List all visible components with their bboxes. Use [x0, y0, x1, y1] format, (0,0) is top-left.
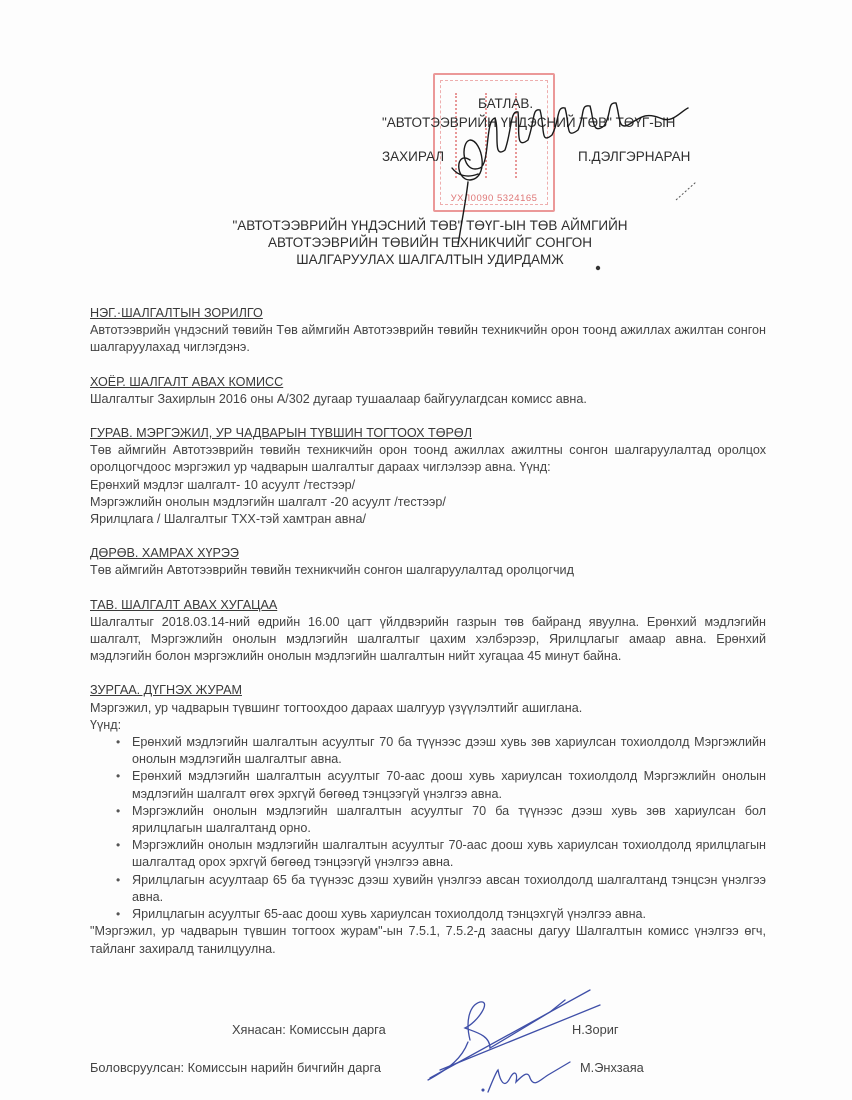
section-scope: ДӨРӨВ. ХАМРАХ ХҮРЭЭ Төв аймгийн Автотээв… — [90, 545, 766, 579]
section-exam-types: ГУРАВ. МЭРГЭЖИЛ, УР ЧАДВАРЫН ТҮВШИН ТОГТ… — [90, 425, 766, 528]
approval-heading: БАТЛАВ. — [478, 96, 533, 111]
evaluation-intro: Мэргэжил, ур чадварын түвшинг тогтоохдоо… — [90, 700, 766, 717]
reviewed-by-label: Хянасан: Комиссын дарга — [232, 1022, 386, 1037]
criteria-item: Ерөнхий мэдлэгийн шалгалтын асуултыг 70 … — [90, 734, 766, 768]
section-paragraph: Автотээврийн үндэсний төвийн Төв аймгийн… — [90, 322, 766, 356]
evaluation-intro-label: Үүнд: — [90, 717, 766, 734]
approval-role: ЗАХИРАЛ — [382, 149, 444, 164]
evaluation-closing: "Мэргэжил, ур чадварын түвшин тогтоох жу… — [90, 923, 766, 957]
criteria-item: Ярилцлагын асуултыг 65-аас доош хувь хар… — [90, 906, 766, 923]
evaluation-criteria-list: Ерөнхий мэдлэгийн шалгалтын асуултыг 70 … — [90, 734, 766, 923]
criteria-item: Мэргэжлийн онолын мэдлэгийн шалгалтын ас… — [90, 837, 766, 871]
section-paragraph: Төв аймгийн Автотээврийн төвийн техникчи… — [90, 442, 766, 476]
section-heading: НЭГ.·ШАЛГАЛТЫН ЗОРИЛГО — [90, 305, 263, 322]
approval-organization: "АВТОТЭЭВРИЙН ҮНДЭСНИЙ ТӨВ" ТӨҮГ-ЫН — [382, 115, 675, 130]
approval-name: П.ДЭЛГЭРНАРАН — [578, 149, 690, 164]
document-title: "АВТОТЭЭВРИЙН ҮНДЭСНИЙ ТӨВ" ТӨҮГ-ЫН ТӨВ … — [190, 217, 670, 268]
section-commission: ХОЁР. ШАЛГАЛТ АВАХ КОМИСС Шалгалтыг Захи… — [90, 374, 766, 408]
secretary-signature-icon — [482, 1062, 570, 1092]
section-heading: ЗУРГАА. ДҮГНЭХ ЖУРАМ — [90, 682, 242, 699]
section-heading: ТАВ. ШАЛГАЛТ АВАХ ХУГАЦАА — [90, 597, 277, 614]
section-heading: ХОЁР. ШАЛГАЛТ АВАХ КОМИСС — [90, 374, 283, 391]
title-line-3: ШАЛГАРУУЛАХ ШАЛГАЛТЫН УДИРДАМЖ — [190, 251, 670, 268]
section-paragraph: Шалгалтыг Захирлын 2016 оны А/302 дугаар… — [90, 391, 766, 408]
section-purpose: НЭГ.·ШАЛГАЛТЫН ЗОРИЛГО Автотээврийн үндэ… — [90, 305, 766, 357]
section-paragraph: Төв аймгийн Автотээврийн төвийн техникчи… — [90, 562, 766, 579]
title-line-2: АВТОТЭЭВРИЙН ТӨВИЙН ТЕХНИКЧИЙГ СОНГОН — [190, 234, 670, 251]
section-schedule: ТАВ. ШАЛГАЛТ АВАХ ХУГАЦАА Шалгалтыг 2018… — [90, 597, 766, 666]
document-page: УХЛ0090 5324165 БАТЛАВ. "АВТОТЭЭВРИЙН ҮН… — [0, 0, 852, 1100]
stamp-mongol-script — [455, 93, 467, 178]
criteria-item: Ярилцлагын асуултаар 65 ба түүнээс дээш … — [90, 872, 766, 906]
prepared-by-name: М.Энхзаяа — [580, 1060, 644, 1075]
criteria-item: Мэргэжлийн онолын мэдлэгийн шалгалтын ас… — [90, 803, 766, 837]
section-heading: ДӨРӨВ. ХАМРАХ ХҮРЭЭ — [90, 545, 239, 562]
criteria-item: Ерөнхий мэдлэгийн шалгалтын асуултыг 70-… — [90, 768, 766, 802]
title-line-1: "АВТОТЭЭВРИЙН ҮНДЭСНИЙ ТӨВ" ТӨҮГ-ЫН ТӨВ … — [190, 217, 670, 234]
prepared-by-label: Боловсруулсан: Комиссын нарийн бичгийн д… — [90, 1060, 381, 1075]
exam-type-line: Ярилцлага / Шалгалтыг ТХХ-тэй хамтран ав… — [90, 511, 766, 528]
approval-signatory: ЗАХИРАЛ П.ДЭЛГЭРНАРАН — [382, 149, 712, 164]
stamp-number: УХЛ0090 5324165 — [435, 193, 553, 204]
reviewed-by-name: Н.Зориг — [572, 1022, 619, 1037]
pen-mark-icon — [676, 182, 696, 200]
document-body: НЭГ.·ШАЛГАЛТЫН ЗОРИЛГО Автотээврийн үндэ… — [90, 305, 766, 975]
section-evaluation: ЗУРГАА. ДҮГНЭХ ЖУРАМ Мэргэжил, ур чадвар… — [90, 682, 766, 957]
exam-type-line: Мэргэжлийн онолын мэдлэгийн шалгалт -20 … — [90, 494, 766, 511]
section-heading: ГУРАВ. МЭРГЭЖИЛ, УР ЧАДВАРЫН ТҮВШИН ТОГТ… — [90, 425, 472, 442]
section-paragraph: Шалгалтыг 2018.03.14-ний өдрийн 16.00 ца… — [90, 614, 766, 666]
exam-type-line: Ерөнхий мэдлэг шалгалт- 10 асуулт /тестэ… — [90, 477, 766, 494]
official-stamp: УХЛ0090 5324165 — [433, 73, 555, 212]
